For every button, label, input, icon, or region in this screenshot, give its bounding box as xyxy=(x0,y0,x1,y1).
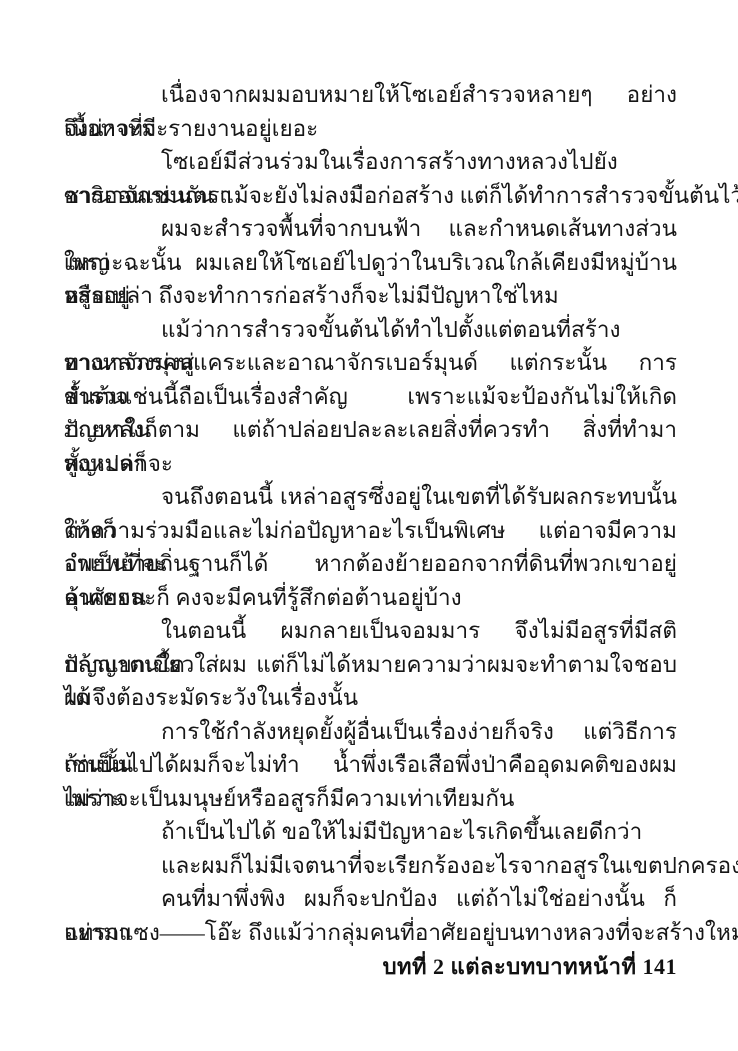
text-line: ถ้าเป็นไปได้ผมก็จะไม่ทำ น้ำพึ่งเรือเสือพ… xyxy=(64,748,677,782)
text-line: ผมจึงต้องระมัดระวังในเรื่องนั้น xyxy=(64,681,677,715)
text-line: ในตอนนี้ ผมกลายเป็นจอมมาร จึงไม่มีอสูรที… xyxy=(64,614,677,648)
text-line: จนถึงตอนนี้ เหล่าอสูรซึ่งอยู่ในเขตที่ได้… xyxy=(64,480,677,514)
body-text: เนื่องจากผมมอบหมายให้โซเอย์สำรวจหลายๆ อย… xyxy=(64,78,677,949)
text-line: แทรกแซง——โอ๊ะ ถึงแม้ว่ากลุ่มคนที่อาศัยอย… xyxy=(64,916,677,950)
text-line: คุ้นเคยละก็ คงจะมีคนที่รู้สึกต่อต้านอยู่… xyxy=(64,581,677,615)
text-line: แม้ว่าการสำรวจขั้นต้นได้ทำไปตั้งแต่ตอนที… xyxy=(64,313,677,347)
text-line: คนที่มาพึ่งพิง ผมก็จะปกป้อง แต่ถ้าไม่ใช่… xyxy=(64,882,677,916)
text-line: ถ้าเป็นไปได้ ขอให้ไม่มีปัญหาอะไรเกิดขึ้น… xyxy=(64,815,677,849)
text-line: ขั้นต้นเช่นนี้ถือเป็นเรื่องสำคัญ เพราะแม… xyxy=(64,380,677,414)
text-line: อพยพย้ายถิ่นฐานก็ได้ หากต้องย้ายออกจากที… xyxy=(64,547,677,581)
text-line: ซาริออนเช่นกัน แม้จะยังไม่ลงมือก่อสร้าง … xyxy=(64,179,677,213)
text-line: ภายหลังก็ตาม แต่ถ้าปล่อยปละละเลยสิ่งที่ค… xyxy=(64,413,677,447)
text-line: เพราะฉะนั้น ผมเลยให้โซเอย์ไปดูว่าในบริเว… xyxy=(64,246,677,280)
text-line: เนื้อหาที่จะรายงานอยู่เยอะ xyxy=(64,112,677,146)
book-page: เนื่องจากผมมอบหมายให้โซเอย์สำรวจหลายๆ อย… xyxy=(0,0,738,1051)
text-line: เนื่องจากผมมอบหมายให้โซเอย์สำรวจหลายๆ อย… xyxy=(64,78,677,112)
page-footer: บทที่ 2 แต่ละบทบาทหน้าที่ 141 xyxy=(64,950,677,983)
text-line: โซเอย์มีส่วนร่วมในเรื่องการสร้างทางหลวงไ… xyxy=(64,145,677,179)
text-line: และผมก็ไม่มีเจตนาที่จะเรียกร้องอะไรจากอส… xyxy=(64,849,677,883)
text-line: ให้ความร่วมมือและไม่ก่อปัญหาอะไรเป็นพิเศ… xyxy=(64,514,677,548)
text-line: การใช้กำลังหยุดยั้งผู้อื่นเป็นเรื่องง่าย… xyxy=(64,715,677,749)
text-line: ผมจะสำรวจพื้นที่จากบนฟ้า และกำหนดเส้นทาง… xyxy=(64,212,677,246)
text-line: ไม่ว่าจะเป็นมนุษย์หรืออสูรก็มีความเท่าเท… xyxy=(64,782,677,816)
text-line: หรือเปล่า ถึงจะทำการก่อสร้างก็จะไม่มีปัญ… xyxy=(64,279,677,313)
text-line: อาณาจักรคนแคระและอาณาจักรเบอร์มุนด์ แต่ก… xyxy=(64,346,677,380)
text-line: กล้าแยกเขี้ยวใส่ผม แต่ก็ไม่ได้หมายความว่… xyxy=(64,648,677,682)
